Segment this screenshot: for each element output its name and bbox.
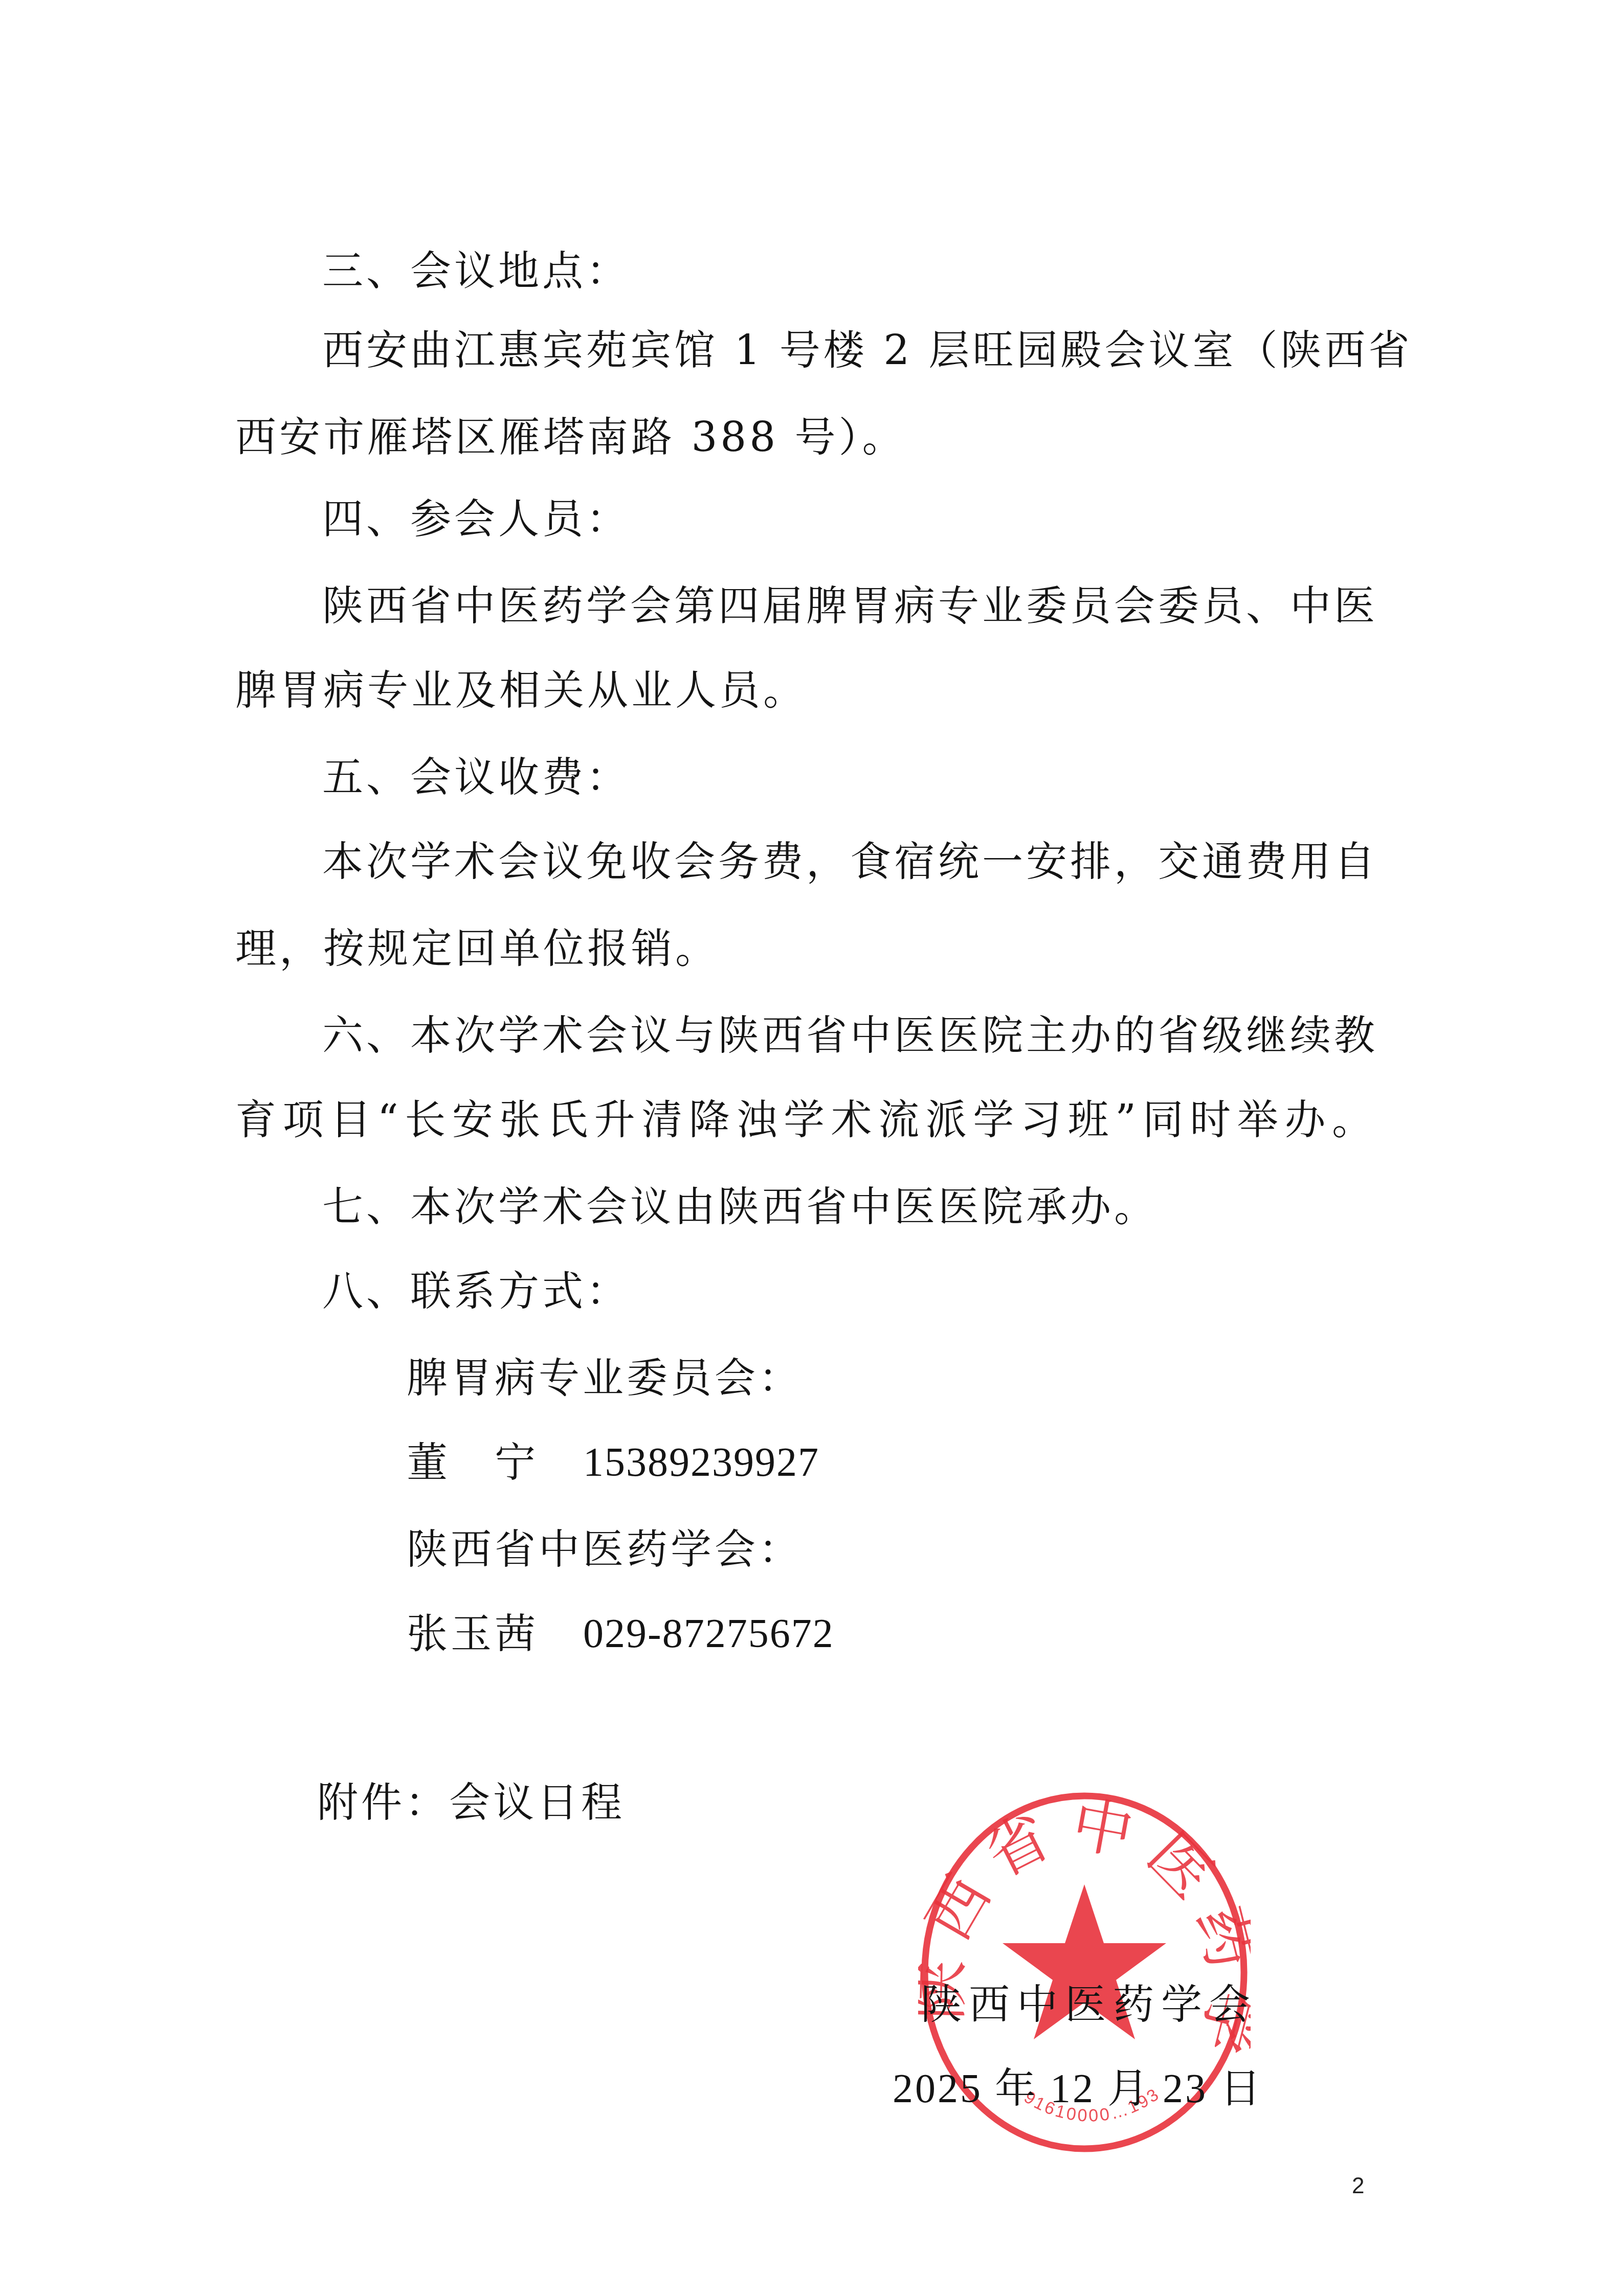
contact-phone: 029-87275672 (583, 1608, 834, 1659)
section-heading-location: 三、会议地点： (322, 245, 630, 297)
signature-date: 2025 年 12 月 23 日 (893, 2063, 1263, 2114)
contact-name: 张玉茜 (407, 1608, 539, 1659)
paragraph-line: 西安市雁塔区雁塔南路 388 号）。 (235, 412, 906, 463)
page-number: 2 (1352, 2173, 1364, 2199)
paragraph-line: 理，按规定回单位报销。 (235, 923, 719, 974)
contact-org: 脾胃病专业委员会： (407, 1353, 803, 1404)
section-heading-fees: 五、会议收费： (322, 752, 630, 803)
paragraph-line: 本次学术会议免收会务费，食宿统一安排，交通费用自 (322, 836, 1376, 887)
section-heading-attendees: 四、参会人员： (322, 493, 630, 545)
contact-phone: 15389239927 (583, 1437, 819, 1488)
contact-org: 陕西省中医药学会： (407, 1524, 803, 1575)
svg-text:陕西省中医药学会: 陕西省中医药学会 (918, 1790, 1251, 2074)
paragraph-line: 六、本次学术会议与陕西省中医医院主办的省级继续教 (322, 1010, 1376, 1061)
paragraph-line: 育项目“长安张氏升清降浊学术流派学习班”同时举办。 (235, 1094, 1376, 1145)
section-heading-contacts: 八、联系方式： (322, 1266, 630, 1317)
attachment-note: 附件：会议日程 (317, 1777, 625, 1828)
paragraph-line: 七、本次学术会议由陕西省中医医院承办。 (322, 1181, 1158, 1232)
paragraph-line: 西安曲江惠宾苑宾馆 1 号楼 2 层旺园殿会议室（陕西省 (322, 325, 1376, 376)
signature-organization: 陕西中医药学会 (921, 1979, 1257, 2030)
paragraph-line: 脾胃病专业及相关从业人员。 (235, 665, 807, 716)
contact-name: 董 宁 (407, 1437, 539, 1488)
paragraph-line: 陕西省中医药学会第四届脾胃病专业委员会委员、中医 (322, 580, 1376, 632)
